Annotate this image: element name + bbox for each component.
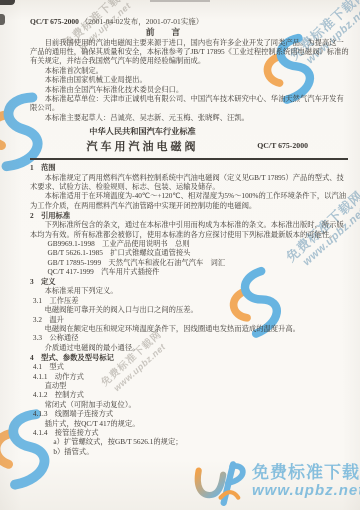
- doc-line: a）扩管螺纹式，按GB/T 5626.1的规定；: [30, 437, 350, 446]
- doc-line: 4.1.2 控制方式: [30, 390, 350, 399]
- doc-line: 直动型: [30, 381, 350, 390]
- doc-line: 本标准规定了两用燃料汽车燃料控制系统中汽油电磁阀（定义见GB/T 17895）产…: [30, 173, 350, 192]
- foreword-title: 前 言: [30, 27, 300, 38]
- doc-line: 本标准主要起草人：吕诚亮、吴志新、元玉梅、张晓辉、汪凯。: [30, 113, 350, 122]
- document-page: 免费标准下载网 www.upbz.net 免费标准下载网 www.upbz.ne…: [0, 0, 360, 510]
- doc-line: b）插管式。: [30, 447, 350, 456]
- doc-line: 本标准起草单位：天津市正诚机电有限公司、中国汽车技术研究中心、华油天然气汽车开发…: [30, 94, 350, 113]
- doc-line: GB/T 5626.1-1985 扩口式锥螺纹直通管接头: [30, 248, 350, 257]
- logo-site-url: www.upbz.net: [252, 482, 360, 499]
- doc-line: 本标准由全国汽车标准化技术委员会归口。: [30, 85, 350, 94]
- divider-line: [30, 158, 348, 160]
- upbz-logo: 免费标准下载网 www.upbz.net: [190, 456, 360, 506]
- standard-code: QC/T 675-2000: [30, 17, 79, 26]
- logo-site-name: 免费标准下载网: [252, 463, 360, 482]
- doc-line: 4 型式、参数及型号标记: [30, 353, 350, 362]
- up-logo-icon: [190, 456, 248, 506]
- doc-line: 4.1 型式: [30, 362, 350, 371]
- standard-title-row: 汽车用汽油电磁阀 QC/T 675-2000: [30, 137, 350, 152]
- doc-line: GB/T 17895-1999 天然气汽车和液化石油气汽车 词汇: [30, 258, 350, 267]
- standard-label: 中华人民共和国汽车行业标准: [30, 127, 255, 137]
- doc-line: QC/T 417-1999 汽车用片式插接件: [30, 267, 350, 276]
- doc-line: 本标准首次制定。: [30, 66, 350, 75]
- standard-title: 汽车用汽油电磁阀: [30, 138, 255, 154]
- publish-dates: （2001-04-02发布，2001-07-01实施）: [81, 17, 204, 26]
- doc-line: 目前我国使用的汽油电磁阀主要来源于进口，国内也有许多企业开发了同类产品。为提高这…: [30, 38, 350, 66]
- doc-line: 介质通过电磁阀的最小通径。: [30, 343, 350, 352]
- doc-line: 3 定义: [30, 277, 350, 286]
- document-body: 1 范围本标准规定了两用燃料汽车燃料控制系统中汽油电磁阀（定义见GB/T 178…: [30, 163, 350, 456]
- doc-line: 插片式，按QC/T 417的规定。: [30, 419, 350, 428]
- doc-line: GB9969.1-1998 工业产品使用说明书 总则: [30, 239, 350, 248]
- doc-line: 常闭式（可附加手动复位）。: [30, 400, 350, 409]
- doc-line: 4.1.1 动作方式: [30, 372, 350, 381]
- doc-line: 1 范围: [30, 163, 350, 172]
- doc-line: 3.1 工作压差: [30, 296, 350, 305]
- logo-text: 免费标准下载网 www.upbz.net: [252, 463, 360, 499]
- doc-line: 4.1.4 接管连接方式: [30, 428, 350, 437]
- doc-line: 2 引用标准: [30, 211, 350, 220]
- foreword-body: 目前我国使用的汽油电磁阀主要来源于进口，国内也有许多企业开发了同类产品。为提高这…: [30, 38, 350, 123]
- doc-line: 电磁阀在额定电压和规定环境温度条件下，因线圈通电发热而造成的温度升高。: [30, 324, 350, 333]
- doc-line: 本标准适用于在环境温度为-40℃～+120℃、相对湿度为5%～100%的工作环境…: [30, 191, 350, 210]
- doc-header: QC/T 675-2000 （2001-04-02发布，2001-07-01实施…: [30, 17, 350, 27]
- doc-line: 下列标准所包含的条文，通过在本标准中引用而构成为本标准的条文。本标准出版时，所示…: [30, 220, 350, 239]
- document-content: QC/T 675-2000 （2001-04-02发布，2001-07-01实施…: [0, 0, 360, 456]
- doc-line: 3.2 温升: [30, 315, 350, 324]
- doc-line: 电磁阀能可靠开关的阀入口与出口之间的压差。: [30, 305, 350, 314]
- doc-line: 本标准由国家机械工业局提出。: [30, 75, 350, 84]
- doc-line: 本标准采用下列定义。: [30, 286, 350, 295]
- standard-code-right: QC/T 675-2000: [257, 141, 308, 150]
- standard-heading: 中华人民共和国汽车行业标准 汽车用汽油电磁阀 QC/T 675-2000: [30, 127, 350, 152]
- doc-line: 4.1.3 线圈端子连接方式: [30, 409, 350, 418]
- doc-line: 3.3 公称通径: [30, 333, 350, 342]
